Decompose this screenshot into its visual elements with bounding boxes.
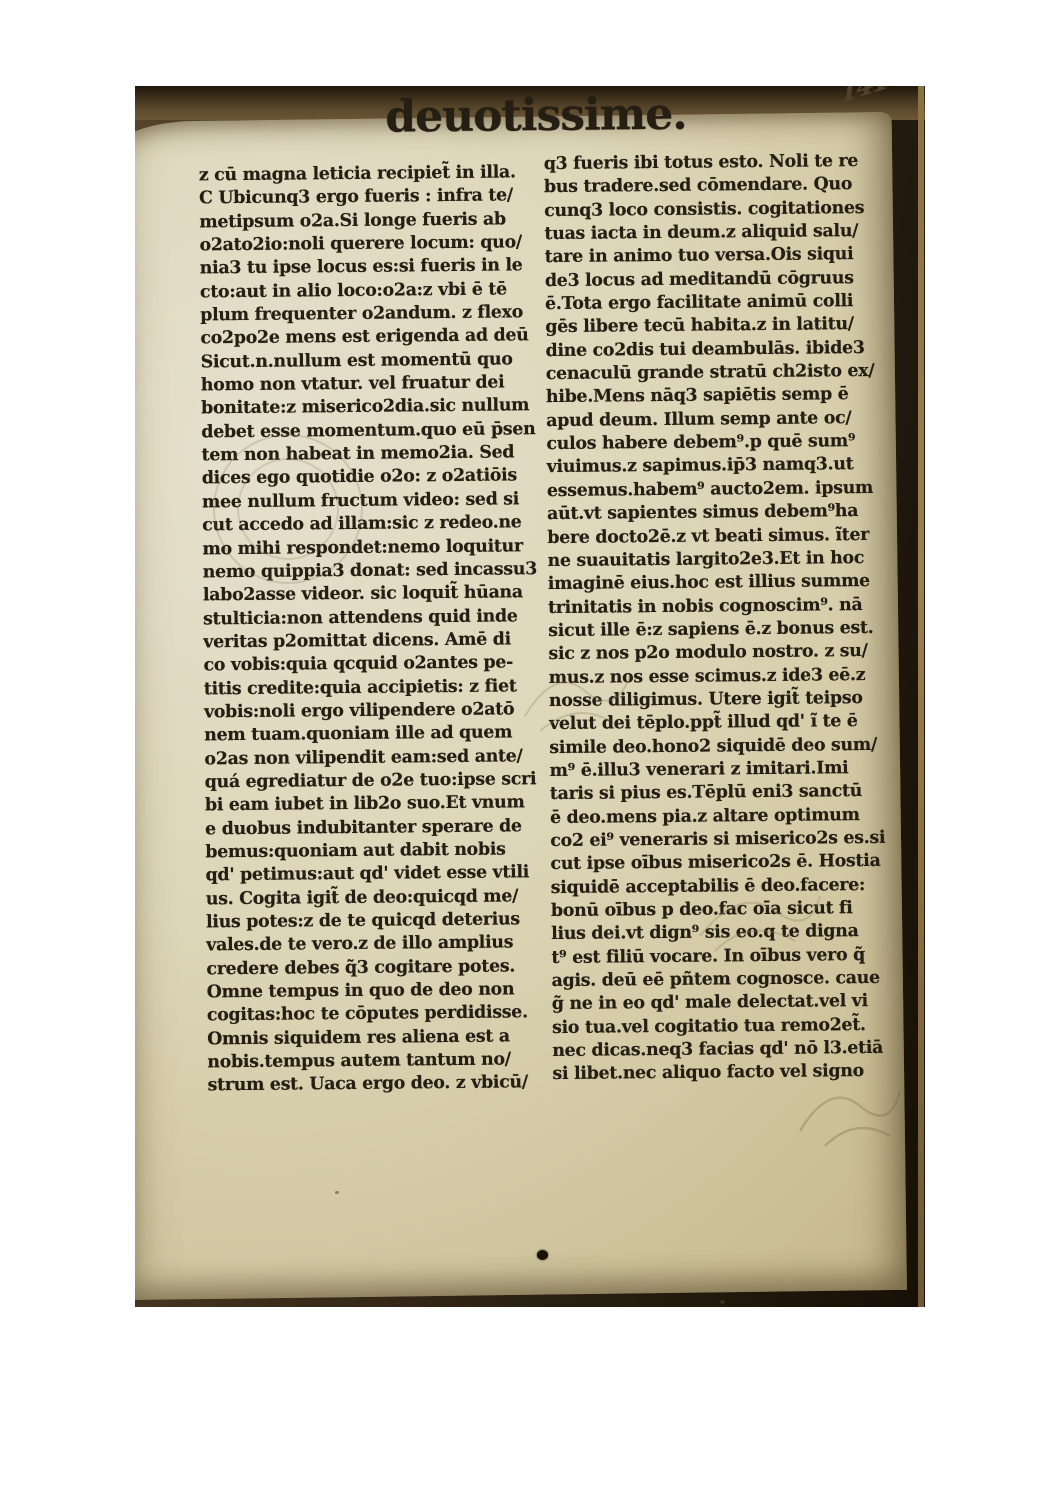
text-line: e duobus indubitanter sperare de [205, 815, 555, 842]
text-line: C Ubicunq3 ergo fueris : infra te/ [199, 184, 549, 211]
text-line: sio tua.vel cogitatio tua remo2et̃. [552, 1013, 902, 1040]
text-line: bus tradere.sed cōmendare. Quo [544, 173, 894, 200]
text-line: qd' petimus:aut qd' videt esse vtili [205, 861, 555, 888]
text-line: m⁹ ē.illu3 venerari z imitari.Imi [549, 757, 899, 784]
text-line: culos habere debem⁹.p quē sum⁹ [546, 430, 896, 457]
text-line: plum frequenter o2andum. z flexo [200, 301, 550, 328]
text-line: nem tuam.quoniam ille ad quem [204, 721, 554, 748]
text-line: bi eam iubet in lib2o suo.Et vnum [205, 791, 555, 818]
text-line: co vobis:quia qcquid o2antes pe- [203, 651, 553, 678]
text-line: Omnis siquidem res aliena est a [207, 1025, 557, 1052]
text-column-left: z cū magna leticia recipiet̃ in illa.C U… [199, 161, 558, 1098]
text-line: us. Cogita igit̃ de deo:quicqd me/ [206, 885, 556, 912]
text-line: apud deum. Illum semp ante oc/ [546, 406, 896, 433]
text-line: labo2asse videor. sic loquit̃ hūana [203, 581, 553, 608]
text-line: nobis.tempus autem tantum no/ [207, 1048, 557, 1075]
text-line: Sicut.n.nullum est momentū quo [201, 348, 551, 375]
book-scan-photo: deuotissime. 141 z cū magna leticia reci… [135, 86, 925, 1307]
text-line: homo non vtatur. vel fruatur dei [201, 371, 551, 398]
pen-flourish [795, 1071, 905, 1151]
text-line: debet esse momentum.quo eū p̄sen [201, 418, 551, 445]
text-line: tuas iacta in deum.z aliquid salu/ [544, 220, 894, 247]
text-line: credere debes q̃3 cogitare potes. [206, 955, 556, 982]
text-line: bemus:quoniam aut dabit nobis [205, 838, 555, 865]
text-line: sicut ille ē:z sapiens ē.z bonus est. [548, 617, 898, 644]
paper-speck [720, 1300, 725, 1304]
text-line: cunq3 loco consistis. cogitationes [544, 196, 894, 223]
text-line: vales.de te vero.z de illo amplius [206, 931, 556, 958]
text-line: cenaculū grande stratū ch2isto ex/ [546, 360, 896, 387]
text-line: g̃ ne in eo qd' male delectat.vel vi [552, 990, 902, 1017]
text-line: z cū magna leticia recipiet̃ in illa. [199, 161, 549, 188]
text-line: ne suauitatis largito2e3.Et in hoc [547, 547, 897, 574]
text-line: metipsum o2a.Si longe fueris ab [199, 208, 549, 235]
blind-stamp-circle [213, 434, 363, 584]
text-line: taris si pius es.Tēplū eni3 sanctū [550, 780, 900, 807]
text-line: cto:aut in alio loco:o2a:z vbi ē tē [200, 278, 550, 305]
worm-hole-dot [537, 1250, 548, 1260]
folio-number-handwritten: 141 [840, 86, 889, 110]
text-line: co2po2e mens est erigenda ad deū [200, 324, 550, 351]
text-line: nia3 tu ipse locus es:si fueris in le [200, 254, 550, 281]
text-line: titis credite:quia accipietis: z fiet [204, 675, 554, 702]
text-line: o2as non vilipendit eam:sed ante/ [204, 745, 554, 772]
text-line: bonitate:z miserico2dia.sic nullum [201, 394, 551, 421]
running-title: deuotissime. [385, 89, 687, 143]
text-line: imaginē eius.hoc est illius summe [548, 570, 898, 597]
text-line: gēs libere tecū habita.z in latitu/ [545, 313, 895, 340]
text-line: trinitatis in nobis cognoscim⁹. nā [548, 593, 898, 620]
text-line: vobis:noli ergo vilipendere o2atō [204, 698, 554, 725]
text-line: o2ato2io:noli querere locum: quo/ [199, 231, 549, 258]
text-line: strum est. Uaca ergo deo. z vbicū/ [207, 1071, 557, 1098]
text-line: hibe.Mens nāq3 sapiētis semp ē [546, 383, 896, 410]
text-line: ē deo.mens pia.z altare optimum [550, 803, 900, 830]
text-line: dine co2dis tui deambulās. ibide3 [545, 336, 895, 363]
text-line: nec dicas.neq3 facias qd' nō l3.etiā [552, 1037, 902, 1064]
text-line: ē.Tota ergo facilitate animū colli [545, 290, 895, 317]
ink-offset-flourish [695, 856, 825, 956]
text-line: bere docto2ē.z vt beati simus. ĩter [547, 523, 897, 550]
text-line: quá egrediatur de o2e tuo:ipse scri [205, 768, 555, 795]
text-line: Omne tempus in quo de deo non [207, 978, 557, 1005]
ink-offset-flourish [515, 646, 635, 736]
text-line: aūt.vt sapientes simus debem⁹ha [547, 500, 897, 527]
text-line: agis. deū eē pñtem cognosce. caue [552, 967, 902, 994]
text-line: lius potes:z de te quicqd deterius [206, 908, 556, 935]
text-line: tare in animo tuo versa.Ois siqui [545, 243, 895, 270]
text-line: essemus.habem⁹ aucto2em. ipsum [547, 477, 897, 504]
text-line: q3 fueris ibi totus esto. Noli te re [544, 150, 894, 177]
paper-speck [335, 1191, 339, 1194]
text-line: viuimus.z sapimus.ip̄3 namq3.ut [547, 453, 897, 480]
text-line: co2 ei⁹ veneraris si miserico2s es.si [550, 827, 900, 854]
text-line: simile deo.hono2 siquidē deo sum/ [549, 733, 899, 760]
text-line: veritas p2omittat dicens. Amē di [203, 628, 553, 655]
text-line: stulticia:non attendens quid inde [203, 605, 553, 632]
text-line: cogitas:hoc te cōputes perdidisse. [207, 1001, 557, 1028]
text-line: de3 locus ad meditandū cōgruus [545, 266, 895, 293]
